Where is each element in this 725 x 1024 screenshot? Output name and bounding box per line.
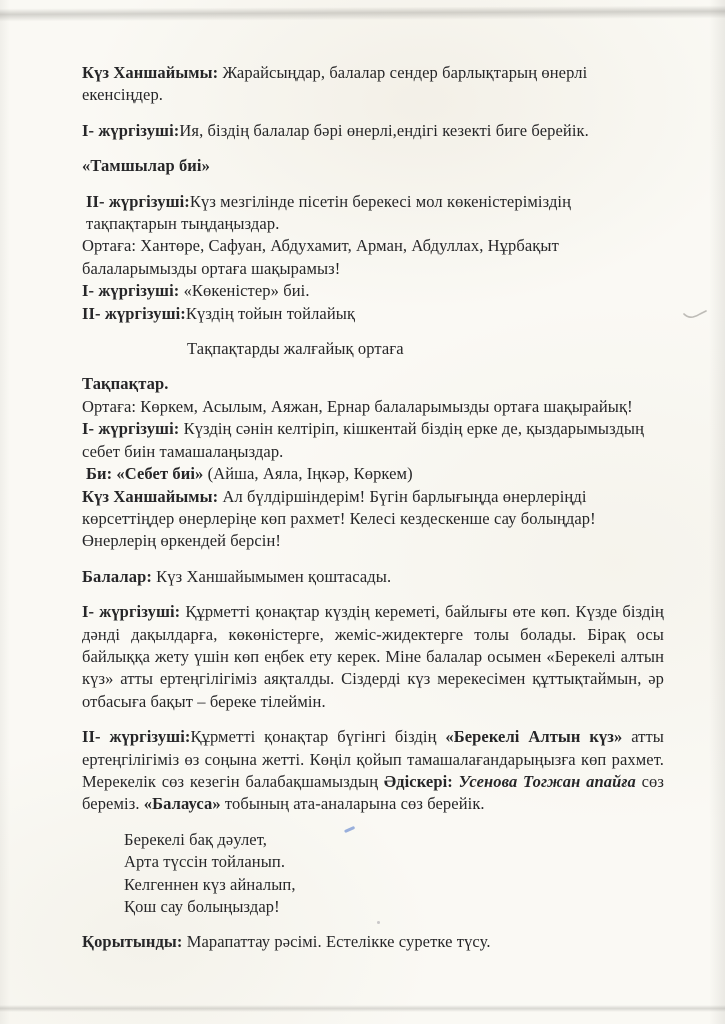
methodist-label: Әдіскері: <box>384 772 459 791</box>
line-host2-closing-speech: II- жүргізуші:Құрметті қонақтар бүгінгі … <box>82 726 664 816</box>
speaker-label: I- жүргізуші: <box>82 602 180 621</box>
scanned-document-page: Күз Ханшайымы: Жарайсыңдар, балалар сенд… <box>0 0 725 1024</box>
scan-speck <box>377 921 380 924</box>
methodist-name: Усенова Тогжан апайға <box>459 772 636 791</box>
line-host1-vegetables-dance: I- жүргізуші: «Көкеністер» биі. <box>82 280 664 302</box>
speech-text: (Айша, Аяла, Іңкәр, Көркем) <box>203 464 412 483</box>
speaker-label: Қорытынды: <box>82 932 183 951</box>
speech-text: Күздің тойын тойлайық <box>186 304 355 323</box>
speech-text: Тақпақтарды жалғайық ортаға <box>187 339 404 358</box>
poem-line: Келгеннен күз айналып, <box>124 874 664 896</box>
line-host2-vegetables-intro: II- жүргізуші:Күз мезгілінде пісетін бер… <box>82 191 664 236</box>
poem-line: Қош сау болыңыздар! <box>124 896 664 918</box>
document-text-body: Күз Ханшайымы: Жарайсыңдар, балалар сенд… <box>82 62 664 954</box>
line-autumn-queen-praise: Күз Ханшайымы: Жарайсыңдар, балалар сенд… <box>82 62 664 107</box>
page-left-edge-shadow <box>0 0 10 1024</box>
closing-poem: Берекелі бақ дәулет, Арта түссін тойланы… <box>124 829 664 919</box>
line-autumn-queen-farewell: Күз Ханшайымы: Ал бүлдіршіндерім! Бүгін … <box>82 486 664 553</box>
speaker-label: Күз Ханшайымы: <box>82 487 218 506</box>
line-host2-celebrate: II- жүргізуші:Күздің тойын тойлайық <box>82 303 664 325</box>
speaker-label: Күз Ханшайымы: <box>82 63 218 82</box>
event-title-bold: «Берекелі Алтын күз» <box>445 727 622 746</box>
line-host1-closing-speech: I- жүргізуші: Құрметті қонақтар күздің к… <box>82 601 664 713</box>
speech-text: «Көкеністер» биі. <box>179 281 309 300</box>
stray-gray-pen-mark <box>683 309 707 321</box>
poem-line: Арта түссін тойланып. <box>124 851 664 873</box>
page-right-edge-shadow <box>709 0 725 1024</box>
line-children-call-2: Ортаға: Көркем, Асылым, Аяжан, Ернар бал… <box>82 396 664 418</box>
line-children-call-1: Ортаға: Хантөре, Сафуан, Абдухамит, Арма… <box>82 235 664 280</box>
speaker-label: II- жүргізуші: <box>82 727 190 746</box>
group-name-bold: «Балауса» <box>144 794 221 813</box>
speaker-label: I- жүргізуші: <box>82 121 179 140</box>
speech-text: тобының ата-аналарына сөз берейік. <box>221 794 485 813</box>
speech-text: Күз Ханшайымымен қоштасады. <box>152 567 391 586</box>
line-poems-continue: Тақпақтарды жалғайық ортаға <box>82 338 664 360</box>
speech-text: Марапаттау рәсімі. Естелікке суретке түс… <box>183 932 491 951</box>
speech-text: Ортаға: Көркем, Асылым, Аяжан, Ернар бал… <box>82 397 633 416</box>
speech-text: Ортаға: Хантөре, Сафуан, Абдухамит, Арма… <box>82 236 559 277</box>
line-conclusion: Қорытынды: Марапаттау рәсімі. Естелікке … <box>82 931 664 953</box>
speaker-label: I- жүргізуші: <box>82 281 179 300</box>
line-children-farewell: Балалар: Күз Ханшайымымен қоштасады. <box>82 566 664 588</box>
speaker-label: II- жүргізуші: <box>82 304 186 323</box>
heading-drops-dance: «Тамшылар биі» <box>82 155 664 177</box>
poem-line: Берекелі бақ дәулет, <box>124 829 664 851</box>
speaker-label: I- жүргізуші: <box>82 419 179 438</box>
speech-text: Ия, біздің балалар бәрі өнерлі,ендігі ке… <box>179 121 589 140</box>
heading-poems: Тақпақтар. <box>82 373 664 395</box>
speaker-label: Би: «Себет биі» <box>86 464 203 483</box>
line-host1-basket-dance-intro: I- жүргізуші: Күздің сәнін келтіріп, кіш… <box>82 418 664 463</box>
page-top-edge-shadow <box>0 5 725 21</box>
line-host1-dance-intro: I- жүргізуші:Ия, біздің балалар бәрі өне… <box>82 120 664 142</box>
speaker-label: II- жүргізуші: <box>86 192 190 211</box>
speech-text: Құрметті қонақтар бүгінгі біздің <box>190 727 445 746</box>
speaker-label: Балалар: <box>82 567 152 586</box>
page-bottom-edge-shadow <box>0 1005 725 1012</box>
line-basket-dance-cast: Би: «Себет биі» (Айша, Аяла, Іңкәр, Көрк… <box>82 463 664 485</box>
